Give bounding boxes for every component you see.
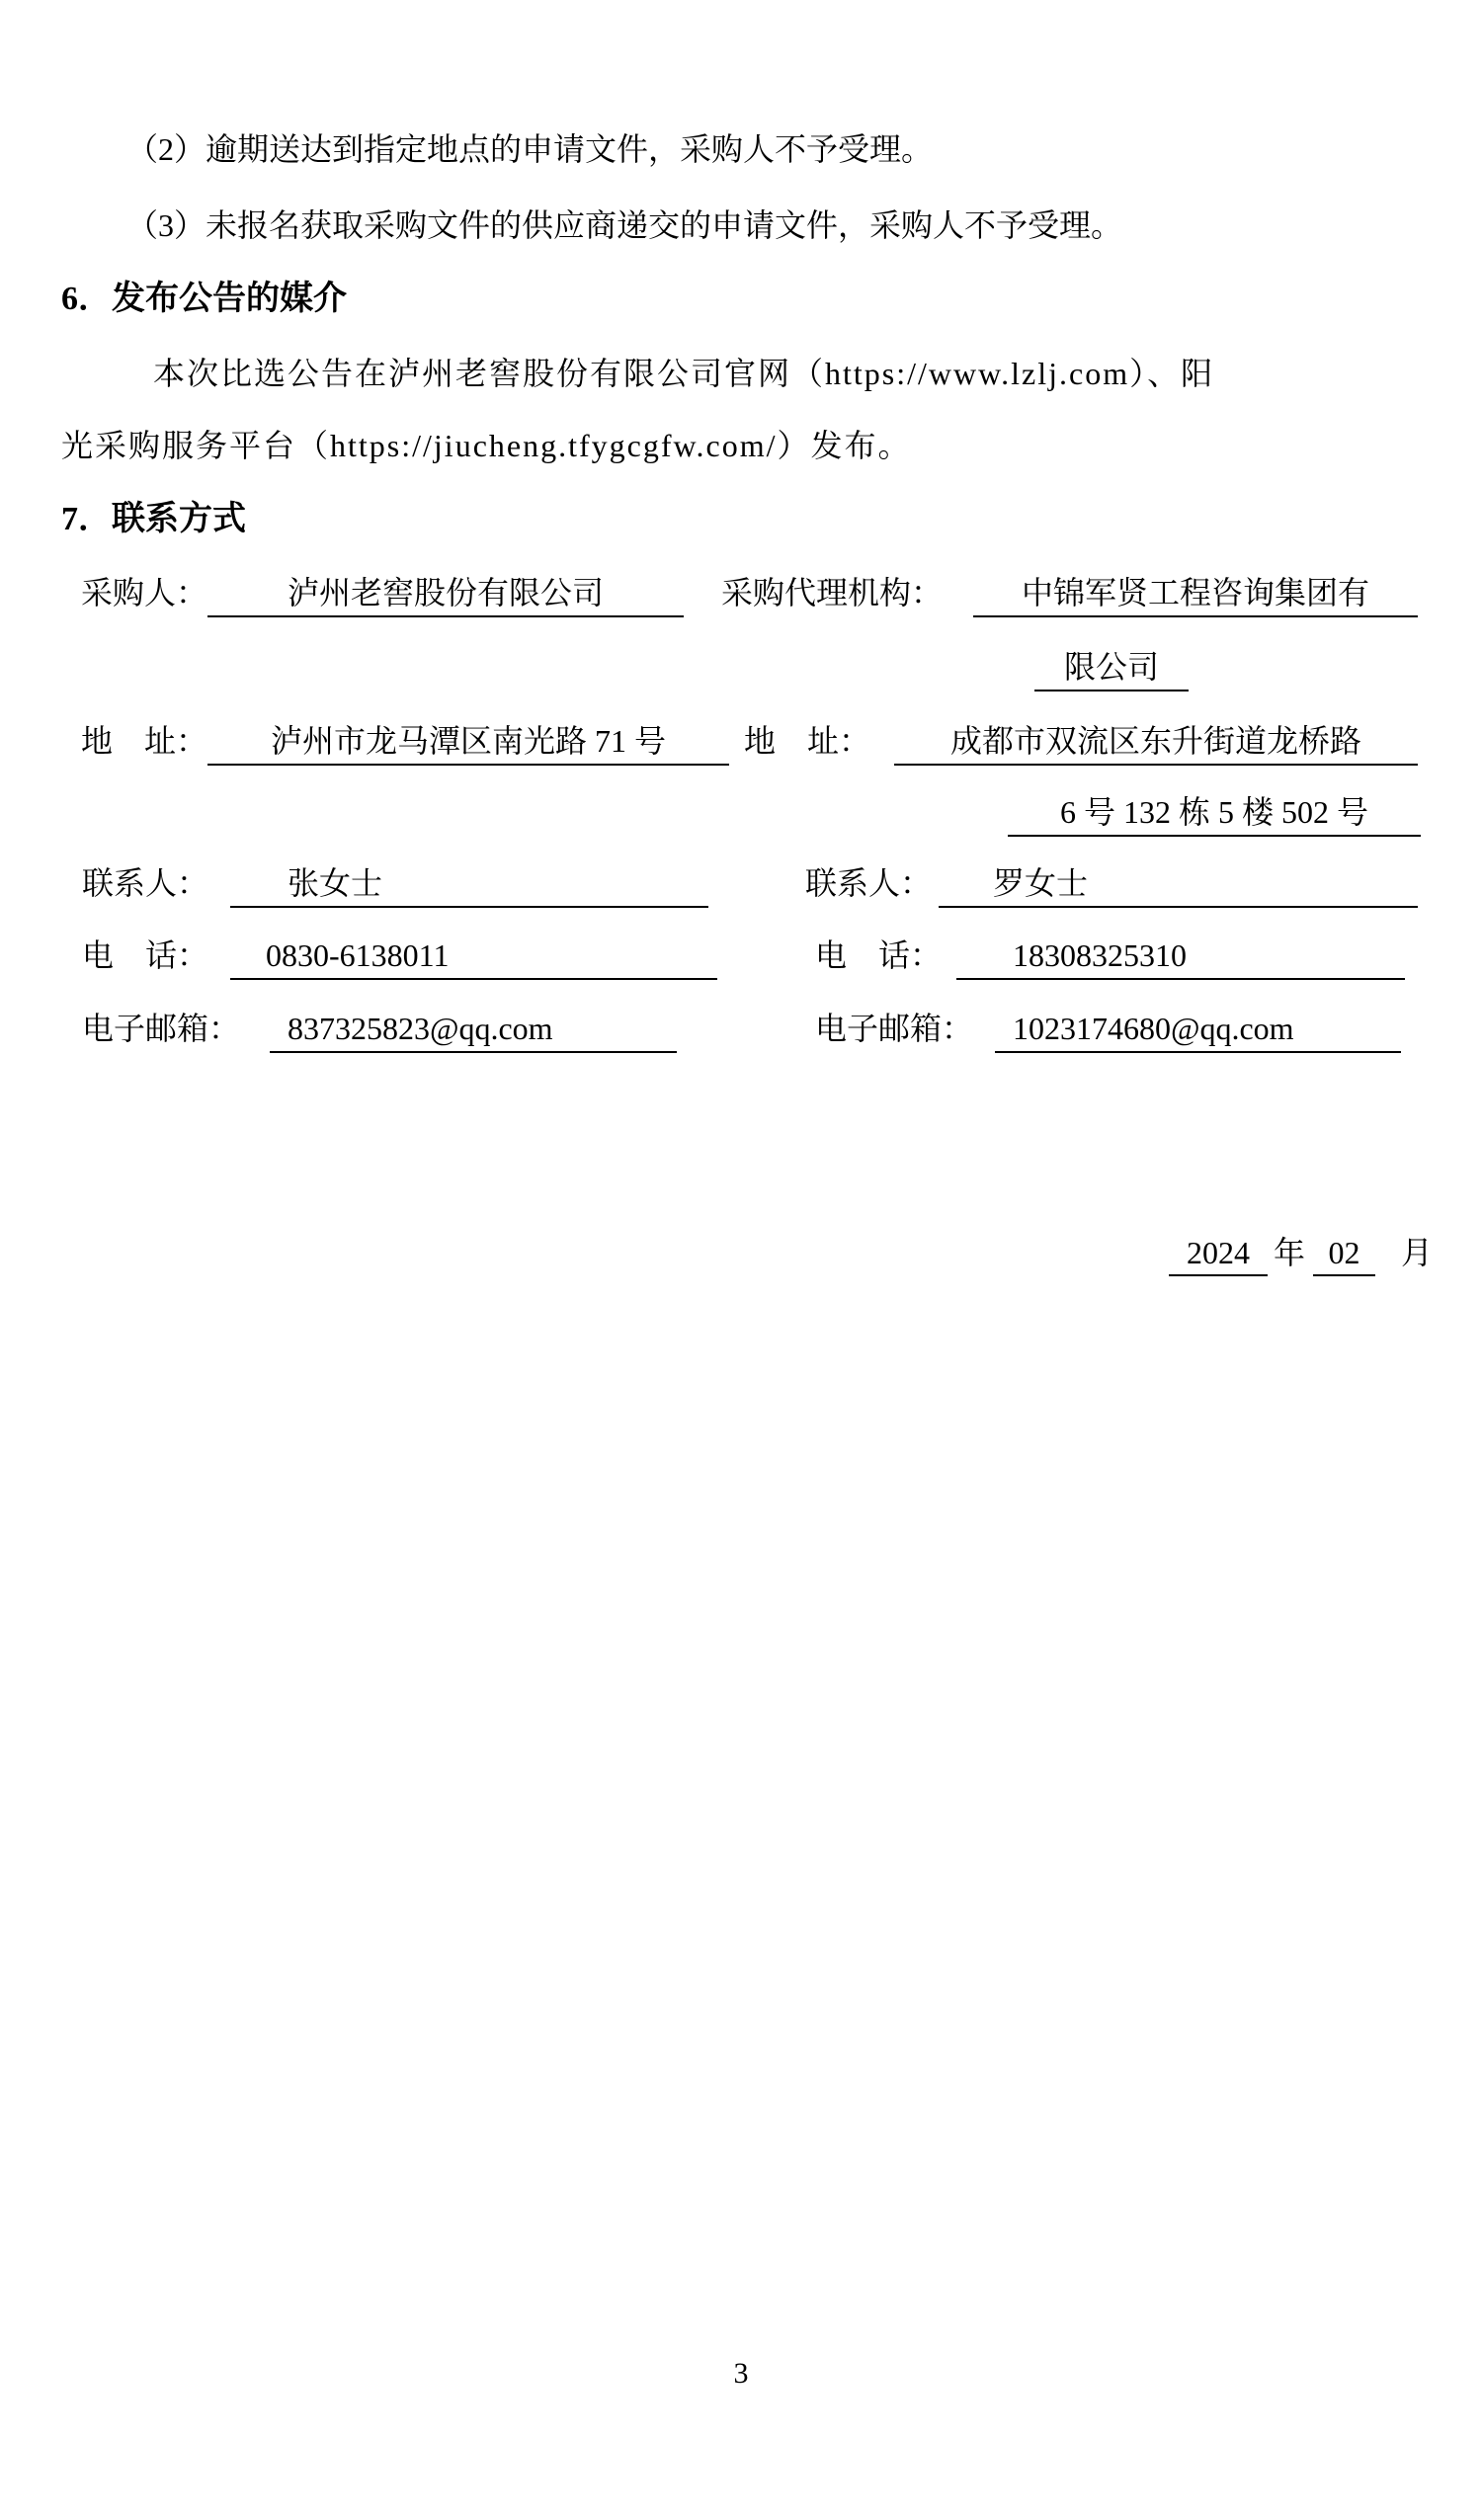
purchaser-address-label: 地 址： bbox=[81, 718, 207, 764]
agency-phone-field: 18308325310 bbox=[956, 933, 1405, 980]
purchaser-address-field: 泸州市龙马潭区南光路 71 号 bbox=[207, 718, 729, 766]
agency-contact-label: 联系人： bbox=[805, 860, 932, 906]
purchaser-label: 采购人： bbox=[81, 570, 207, 615]
date-month-field: 02 bbox=[1313, 1231, 1375, 1276]
agency-email-label: 电子邮箱： bbox=[815, 1006, 973, 1051]
contact-row-emails: 电子邮箱： 837325823@qq.com 电子邮箱： 1023174680@… bbox=[0, 1006, 1482, 1053]
contact-row-names: 采购人： 泸州老窖股份有限公司 采购代理机构： 中锦军贤工程咨询集团有 bbox=[0, 570, 1482, 617]
purchaser-phone-field: 0830-6138011 bbox=[230, 933, 717, 980]
date-year-label: 年 bbox=[1274, 1235, 1305, 1270]
purchaser-email-label: 电子邮箱： bbox=[82, 1006, 240, 1051]
list-item-3: （3）未报名获取采购文件的供应商递交的申请文件，采购人不予受理。 bbox=[126, 203, 1122, 247]
document-page: （2）逾期送达到指定地点的申请文件，采购人不予受理。 （3）未报名获取采购文件的… bbox=[0, 0, 1482, 2520]
agency-name-field-line2: 限公司 bbox=[1034, 644, 1189, 691]
contact-row-address-cont: 6 号 132 栋 5 楼 502 号 bbox=[0, 789, 1482, 837]
agency-name-field-line1: 中锦军贤工程咨询集团有 bbox=[973, 570, 1418, 617]
date-line: 2024年02月 bbox=[1169, 1231, 1433, 1276]
agency-phone-label: 电 话： bbox=[815, 933, 942, 978]
purchaser-name-field: 泸州老窖股份有限公司 bbox=[207, 570, 684, 617]
list-item-2: （2）逾期送达到指定地点的申请文件，采购人不予受理。 bbox=[126, 127, 933, 171]
purchaser-contact-field: 张女士 bbox=[230, 860, 708, 908]
contact-row-addresses: 地 址： 泸州市龙马潭区南光路 71 号 地 址： 成都市双流区东升街道龙桥路 bbox=[0, 718, 1482, 766]
section-6-body-line-1: 本次比选公告在泸州老窖股份有限公司官网（https://www.lzlj.com… bbox=[153, 352, 1214, 395]
agency-address-field-line1: 成都市双流区东升街道龙桥路 bbox=[894, 718, 1418, 766]
agency-label: 采购代理机构： bbox=[721, 570, 943, 615]
section-6-body-line-2: 光采购服务平台（https://jiucheng.tfygcgfw.com/）发… bbox=[61, 424, 912, 467]
contact-row-phones: 电 话： 0830-6138011 电 话： 18308325310 bbox=[0, 933, 1482, 980]
agency-contact-field: 罗女士 bbox=[939, 860, 1418, 908]
contact-row-name-cont: 限公司 bbox=[0, 644, 1482, 691]
date-year-field: 2024 bbox=[1169, 1231, 1268, 1276]
page-number: 3 bbox=[0, 2357, 1482, 2391]
agency-address-field-line2: 6 号 132 栋 5 楼 502 号 bbox=[1008, 789, 1421, 837]
agency-address-label: 地 址： bbox=[744, 718, 870, 764]
contact-row-persons: 联系人： 张女士 联系人： 罗女士 bbox=[0, 860, 1482, 908]
agency-email-field: 1023174680@qq.com bbox=[995, 1006, 1401, 1053]
purchaser-phone-label: 电 话： bbox=[82, 933, 208, 978]
purchaser-email-field: 837325823@qq.com bbox=[270, 1006, 677, 1053]
section-7-heading: 7．联系方式 bbox=[61, 497, 246, 542]
purchaser-contact-label: 联系人： bbox=[82, 860, 208, 906]
section-6-heading: 6．发布公告的媒介 bbox=[61, 277, 347, 322]
date-month-label: 月 bbox=[1401, 1235, 1433, 1270]
